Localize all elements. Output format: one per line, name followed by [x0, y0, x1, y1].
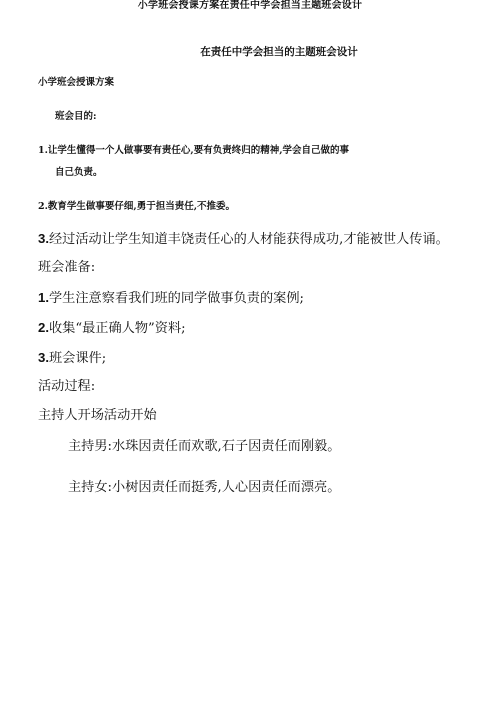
- preparation-heading: 班会准备:: [38, 261, 95, 274]
- host-male-line: 主持男:水珠因责任而欢歌,石子因责任而刚毅。: [68, 440, 340, 453]
- item-text: 收集“最正确人物”资料;: [49, 321, 186, 336]
- item-number: 2.: [38, 320, 49, 335]
- item-number: 3.: [38, 350, 49, 365]
- item-number: 3.: [38, 231, 49, 246]
- item-text: 教育学生做事要仔细,勇于担当责任,不推委。: [48, 201, 235, 212]
- document-subtitle: 小学班会授课方案: [38, 78, 114, 88]
- preparation-item-2: 2.收集“最正确人物”资料;: [38, 321, 186, 335]
- process-opening: 主持人开场活动开始: [38, 409, 157, 422]
- preparation-item-3: 3.班会课件;: [38, 351, 106, 365]
- process-heading: 活动过程:: [38, 380, 95, 393]
- host-female-line: 主持女:小树因责任而挺秀,人心因责任而漂亮。: [68, 481, 340, 494]
- purpose-item-1-continuation: 自己负责。: [55, 168, 103, 178]
- purpose-item-1: 1.让学生懂得一个人做事要有责任心,要有负责终归的精神,学会自己做的事: [38, 146, 349, 156]
- document-title: 在责任中学会担当的主题班会设计: [0, 47, 500, 58]
- purpose-item-2: 2.教育学生做事要仔细,勇于担当责任,不推委。: [38, 202, 235, 212]
- purpose-item-3: 3.经过活动让学生知道丰饶责任心的人材能获得成功,才能被世人传诵。: [38, 232, 449, 246]
- purpose-heading: 班会目的:: [55, 112, 97, 122]
- preparation-item-1: 1.学生注意察看我们班的同学做事负责的案例;: [38, 291, 304, 305]
- item-text: 让学生懂得一个人做事要有责任心,要有负责终归的精神,学会自己做的事: [48, 145, 349, 156]
- item-number: 1.: [38, 290, 49, 305]
- item-number: 1.: [38, 145, 48, 156]
- item-text: 学生注意察看我们班的同学做事负责的案例;: [49, 291, 304, 306]
- running-header: 小学班会授课方案在责任中学会担当主题班会设计: [0, 1, 500, 11]
- item-text: 经过活动让学生知道丰饶责任心的人材能获得成功,才能被世人传诵。: [49, 232, 449, 247]
- item-number: 2.: [38, 201, 48, 212]
- item-text: 班会课件;: [49, 351, 106, 366]
